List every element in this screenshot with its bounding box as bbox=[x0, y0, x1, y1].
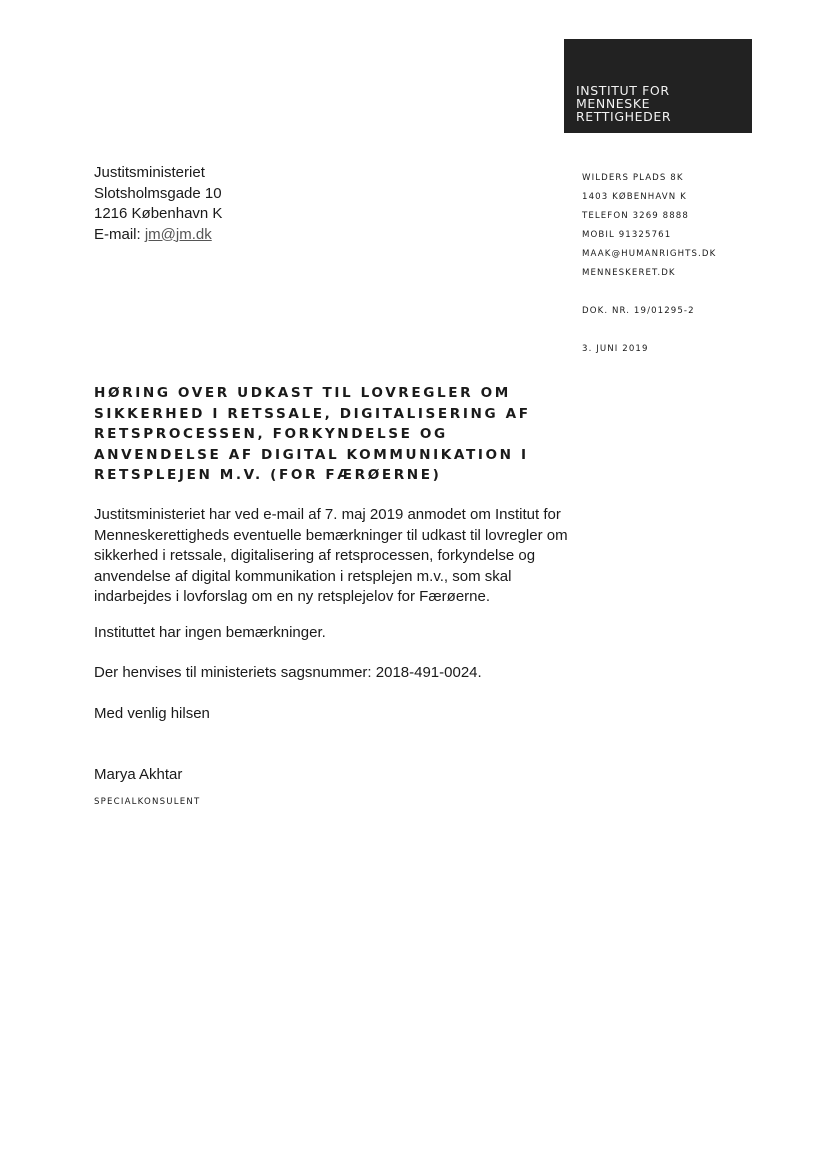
recipient-address: Justitsministeriet Slotsholmsgade 10 121… bbox=[94, 163, 222, 245]
email-label: E-mail: bbox=[94, 226, 145, 243]
paragraph-case-reference: Der henvises til ministeriets sagsnummer… bbox=[94, 663, 482, 684]
recipient-email-link[interactable]: jm@jm.dk bbox=[145, 226, 212, 243]
logo-text: INSTITUT FOR MENNESKE RETTIGHEDER bbox=[576, 84, 671, 123]
recipient-street: Slotsholmsgade 10 bbox=[94, 184, 222, 205]
signatory-name: Marya Akhtar bbox=[94, 765, 182, 786]
sender-address: WILDERS PLADS 8K bbox=[582, 169, 716, 188]
sender-email: MAAK@HUMANRIGHTS.DK bbox=[582, 245, 716, 264]
signatory-title: SPECIALKONSULENT bbox=[94, 792, 200, 813]
paragraph-no-remarks: Instituttet har ingen bemærkninger. bbox=[94, 623, 326, 644]
logo-line: RETTIGHEDER bbox=[576, 110, 671, 123]
document-number: DOK. NR. 19/01295-2 bbox=[582, 302, 716, 321]
letter-title: HØRING OVER UDKAST TIL LOVREGLER OM SIKK… bbox=[94, 383, 574, 486]
sender-website: MENNESKERET.DK bbox=[582, 264, 716, 283]
sender-phone: TELEFON 3269 8888 bbox=[582, 207, 716, 226]
closing-greeting: Med venlig hilsen bbox=[94, 704, 210, 725]
sender-city: 1403 KØBENHAVN K bbox=[582, 188, 716, 207]
recipient-name: Justitsministeriet bbox=[94, 163, 222, 184]
sender-mobile: MOBIL 91325761 bbox=[582, 226, 716, 245]
institute-logo: INSTITUT FOR MENNESKE RETTIGHEDER bbox=[564, 39, 752, 133]
recipient-city: 1216 København K bbox=[94, 204, 222, 225]
sender-info: WILDERS PLADS 8K 1403 KØBENHAVN K TELEFO… bbox=[582, 169, 716, 359]
recipient-email-line: E-mail: jm@jm.dk bbox=[94, 225, 222, 246]
letter-date: 3. JUNI 2019 bbox=[582, 340, 716, 359]
letter-body: Justitsministeriet har ved e-mail af 7. … bbox=[94, 505, 574, 608]
paragraph-request: Justitsministeriet har ved e-mail af 7. … bbox=[94, 505, 574, 608]
